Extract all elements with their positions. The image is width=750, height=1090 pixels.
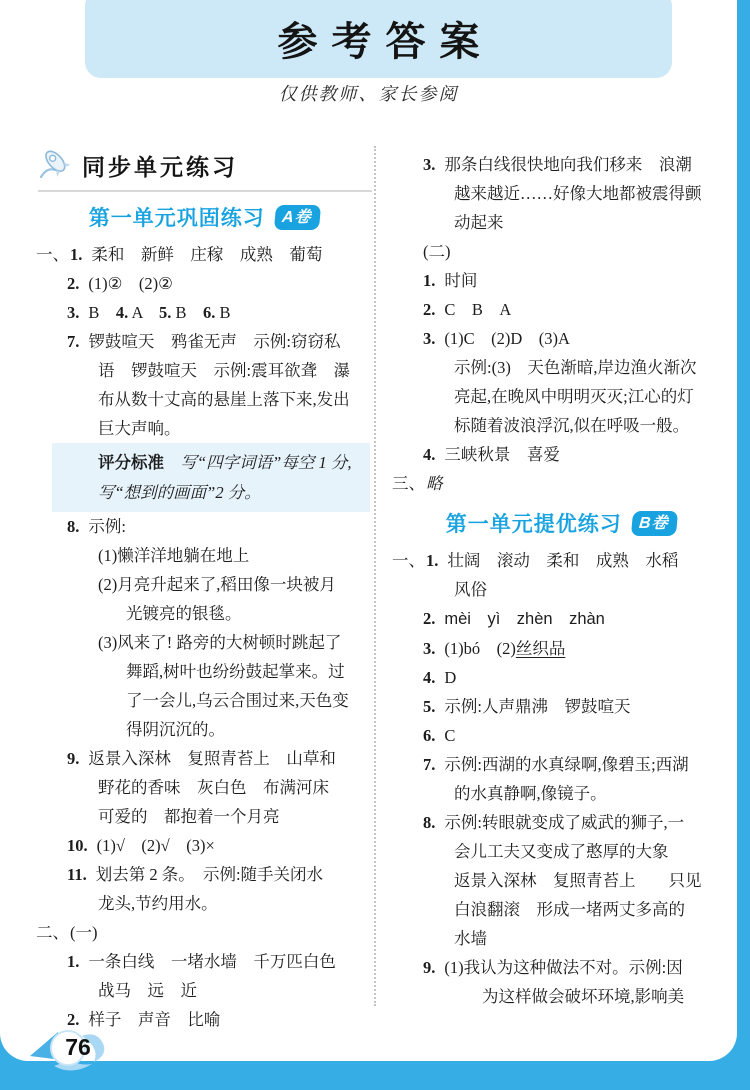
answer-line: 一、1.柔和 新鲜 庄稼 成熟 葡萄 bbox=[36, 240, 372, 269]
item-number: 3. bbox=[423, 155, 435, 174]
right-answer-lines-bottom: 一、1.壮阔 滚动 柔和 成熟 水稻风俗2.mèi yì zhèn zhàn3.… bbox=[392, 546, 730, 1011]
answer-text: mèi yì zhèn zhàn bbox=[444, 610, 604, 628]
answer-text: 锣鼓喧天 鸦雀无声 示例:窃窃私 bbox=[88, 332, 340, 351]
item-label: 三、 bbox=[392, 474, 425, 493]
column-divider bbox=[374, 146, 376, 1006]
answer-text: 野花的香味 灰白色 布满河床 bbox=[98, 778, 329, 797]
answer-line: 越来越近……好像大地都被震得颤 bbox=[392, 179, 730, 208]
answer-text: 壮阔 滚动 柔和 成熟 水稻 bbox=[447, 551, 678, 570]
answer-line: 了一会儿,乌云合围过来,天色变 bbox=[36, 686, 372, 715]
item-number: 2. bbox=[67, 274, 79, 293]
item-number: 6. bbox=[423, 726, 435, 745]
item-number: 10. bbox=[67, 836, 88, 855]
answer-line: 亮起,在晚风中明明灭灭;江心的灯 bbox=[392, 382, 730, 411]
answer-text: B bbox=[215, 303, 230, 322]
answer-line: 写“想到的画面”2 分。 bbox=[52, 478, 370, 512]
answer-line: 动起来 bbox=[392, 208, 730, 237]
item-number: 7. bbox=[67, 332, 79, 351]
answer-text: 会儿工夫又变成了憨厚的大象 bbox=[454, 842, 669, 861]
answer-line: 2.(1)② (2)② bbox=[36, 269, 372, 298]
page-title: 参考答案 bbox=[264, 2, 494, 67]
answer-line: 标随着波浪浮沉,似在呼吸一般。 bbox=[392, 411, 730, 440]
answer-text: 时间 bbox=[444, 271, 477, 290]
answer-line: 会儿工夫又变成了憨厚的大象 bbox=[392, 837, 730, 866]
item-number: 3. bbox=[67, 303, 79, 322]
answer-line: 语 锣鼓喧天 示例:震耳欲聋 瀑 bbox=[36, 356, 372, 385]
answer-text: 划去第 2 条。 示例:随手关闭水 bbox=[96, 865, 323, 884]
item-number: 3. bbox=[423, 639, 435, 658]
answer-text: (二) bbox=[423, 242, 451, 261]
answer-line: 1.一条白线 一堵水墙 千万匹白色 bbox=[36, 947, 372, 976]
answer-line: 9.返景入深林 复照青苔上 山草和 bbox=[36, 744, 372, 773]
answer-line: (1)懒洋洋地躺在地上 bbox=[36, 541, 372, 570]
answer-text: 得阴沉沉的。 bbox=[126, 720, 225, 739]
page-panel: 参考答案 仅供教师、家长参阅 同步单元练习 第一单元巩固练习 A卷 bbox=[0, 0, 737, 1061]
answer-text: 一条白线 一堵水墙 千万匹白色 bbox=[88, 952, 336, 971]
answer-key-header: 参考答案 bbox=[85, 0, 672, 78]
page-number-rocket: 76 bbox=[24, 1022, 120, 1078]
answer-text: 了一会儿,乌云合围过来,天色变 bbox=[126, 691, 349, 710]
answer-line: 风俗 bbox=[392, 575, 730, 604]
answer-line: 为这样做会破坏环境,影响美 bbox=[392, 982, 730, 1011]
item-number: 9. bbox=[67, 749, 79, 768]
item-number: 5. bbox=[423, 697, 435, 716]
answer-line: 3.(1)C (2)D (3)A bbox=[392, 324, 730, 353]
answer-text: B bbox=[171, 303, 203, 322]
answer-text: 的水真静啊,像镜子。 bbox=[454, 784, 607, 803]
answer-line: 2.C B A bbox=[392, 295, 730, 324]
item-number: 8. bbox=[67, 517, 79, 536]
answer-text: (1)懒洋洋地躺在地上 bbox=[98, 546, 249, 565]
answer-text: (1)② (2)② bbox=[88, 274, 173, 293]
answer-line: 10.(1)√ (2)√ (3)× bbox=[36, 831, 372, 860]
answer-line: 布从数十丈高的悬崖上落下来,发出 bbox=[36, 385, 372, 414]
answer-text: 风俗 bbox=[454, 580, 487, 599]
answer-text: 略 bbox=[426, 474, 443, 493]
answer-text: 布从数十丈高的悬崖上落下来,发出 bbox=[98, 390, 350, 409]
answer-line: 7.锣鼓喧天 鸦雀无声 示例:窃窃私 bbox=[36, 327, 372, 356]
answer-text: (1)√ (2)√ (3)× bbox=[97, 836, 215, 855]
answer-line: 8.示例: bbox=[36, 512, 372, 541]
answer-text: (一) bbox=[70, 923, 98, 942]
answer-text: (1)C (2)D (3)A bbox=[444, 329, 570, 348]
answer-text: 语 锣鼓喧天 示例:震耳欲聋 瀑 bbox=[98, 361, 350, 380]
item-number: 1. bbox=[67, 952, 79, 971]
answer-text: 可爱的 都抱着一个月亮 bbox=[98, 807, 280, 826]
answer-line: 巨大声响。 bbox=[36, 414, 372, 443]
answer-line: 二、(一) bbox=[36, 918, 372, 947]
answer-text: 5. bbox=[159, 303, 171, 322]
answer-text: 光镀亮的银毯。 bbox=[126, 604, 242, 623]
answer-line: 一、1.壮阔 滚动 柔和 成熟 水稻 bbox=[392, 546, 730, 575]
answer-line: 得阴沉沉的。 bbox=[36, 715, 372, 744]
item-number: 2. bbox=[423, 609, 435, 628]
answer-text: 写“四字词语”每空 1 分, bbox=[164, 453, 351, 472]
item-number: 2. bbox=[423, 300, 435, 319]
left-column: 同步单元练习 第一单元巩固练习 A卷 一、1.柔和 新鲜 庄稼 成熟 葡萄2.(… bbox=[36, 146, 372, 1034]
answer-text: 示例:转眼就变成了威武的狮子,一 bbox=[444, 813, 684, 832]
answer-text: 战马 远 近 bbox=[98, 981, 197, 1000]
exercise-b-badge: B卷 bbox=[631, 511, 678, 536]
item-number: 11. bbox=[67, 865, 87, 884]
item-number: 7. bbox=[423, 755, 435, 774]
answer-text: 动起来 bbox=[454, 213, 504, 232]
answer-text: 返景入深林 复照青苔上 山草和 bbox=[88, 749, 336, 768]
answer-text: 越来越近……好像大地都被震得颤 bbox=[454, 184, 702, 203]
answer-line: 白浪翻滚 形成一堵两丈多高的 bbox=[392, 895, 730, 924]
exercise-a-badge: A卷 bbox=[274, 205, 321, 230]
answer-text: 写“想到的画面”2 分。 bbox=[98, 483, 261, 502]
answer-text: 返景入深林 复照青苔上 只见 bbox=[454, 871, 702, 890]
answer-line: 3.B 4. A 5. B 6. B bbox=[36, 298, 372, 327]
item-number: 3. bbox=[423, 329, 435, 348]
answer-text: 龙头,节约用水。 bbox=[98, 894, 218, 913]
answer-line: 舞蹈,树叶也纷纷鼓起掌来。过 bbox=[36, 657, 372, 686]
answer-text: 示例:人声鼎沸 锣鼓喧天 bbox=[444, 697, 630, 716]
item-label: 一、 bbox=[392, 551, 425, 570]
answer-line: 2.mèi yì zhèn zhàn bbox=[392, 604, 730, 634]
answer-text: 6. bbox=[203, 303, 215, 322]
answer-line: (3)风来了! 路旁的大树顿时跳起了 bbox=[36, 628, 372, 657]
exercise-b-title: 第一单元提优练习 bbox=[446, 508, 622, 538]
exercise-b-header: 第一单元提优练习 B卷 bbox=[392, 507, 730, 539]
right-column: 3.那条白线很快地向我们移来 浪潮越来越近……好像大地都被震得颤动起来(二)1.… bbox=[392, 150, 730, 1011]
item-number: 4. bbox=[423, 445, 435, 464]
answer-line: 1.时间 bbox=[392, 266, 730, 295]
answer-line: 4.三峡秋景 喜爱 bbox=[392, 440, 730, 469]
answer-line: 3.(1)bó (2)丝织品 bbox=[392, 634, 730, 663]
answer-text: 示例:西湖的水真绿啊,像碧玉;西湖 bbox=[444, 755, 688, 774]
answer-text: A bbox=[128, 303, 159, 322]
answer-line: 7.示例:西湖的水真绿啊,像碧玉;西湖 bbox=[392, 750, 730, 779]
right-answer-lines-top: 3.那条白线很快地向我们移来 浪潮越来越近……好像大地都被震得颤动起来(二)1.… bbox=[392, 150, 730, 498]
answer-line: 龙头,节约用水。 bbox=[36, 889, 372, 918]
answer-text: 示例:(3) 天色渐暗,岸边渔火渐次 bbox=[454, 358, 696, 377]
answer-text: (1)bó (2) bbox=[444, 639, 515, 658]
answer-line: 4.D bbox=[392, 663, 730, 692]
answer-text: D bbox=[444, 668, 456, 687]
answer-line: 示例:(3) 天色渐暗,岸边渔火渐次 bbox=[392, 353, 730, 382]
answer-line: 返景入深林 复照青苔上 只见 bbox=[392, 866, 730, 895]
answer-line: 6.C bbox=[392, 721, 730, 750]
answer-line: 战马 远 近 bbox=[36, 976, 372, 1005]
answer-text: 柔和 新鲜 庄稼 成熟 葡萄 bbox=[91, 245, 322, 264]
answer-text: B bbox=[88, 303, 116, 322]
exercise-a-header: 第一单元巩固练习 A卷 bbox=[36, 201, 372, 233]
answer-text: 示例: bbox=[88, 517, 126, 536]
answer-line: 评分标准 写“四字词语”每空 1 分, bbox=[52, 443, 370, 478]
answer-text: 4. bbox=[116, 303, 128, 322]
item-label: 二、 bbox=[36, 923, 69, 942]
answer-text: (3)风来了! 路旁的大树顿时跳起了 bbox=[98, 633, 341, 652]
answer-text: 亮起,在晚风中明明灭灭;江心的灯 bbox=[454, 387, 694, 406]
left-answer-lines: 一、1.柔和 新鲜 庄稼 成熟 葡萄2.(1)② (2)②3.B 4. A 5.… bbox=[36, 240, 372, 1034]
answer-text: 三峡秋景 喜爱 bbox=[444, 445, 560, 464]
answer-line: 可爱的 都抱着一个月亮 bbox=[36, 802, 372, 831]
answer-text: 丝织品 bbox=[516, 639, 566, 658]
item-number: 4. bbox=[423, 668, 435, 687]
answer-text: 水墙 bbox=[454, 929, 487, 948]
answer-line: 光镀亮的银毯。 bbox=[36, 599, 372, 628]
exercise-a-title: 第一单元巩固练习 bbox=[89, 202, 265, 232]
answer-text: 舞蹈,树叶也纷纷鼓起掌来。过 bbox=[126, 662, 345, 681]
answer-line: 11.划去第 2 条。 示例:随手关闭水 bbox=[36, 860, 372, 889]
answer-text: 标随着波浪浮沉,似在呼吸一般。 bbox=[454, 416, 689, 435]
item-number: 1. bbox=[426, 551, 438, 570]
answer-line: 的水真静啊,像镜子。 bbox=[392, 779, 730, 808]
answer-line: 8.示例:转眼就变成了威武的狮子,一 bbox=[392, 808, 730, 837]
answer-text: 白浪翻滚 形成一堵两丈多高的 bbox=[454, 900, 685, 919]
section-header: 同步单元练习 bbox=[38, 146, 372, 192]
answer-line: 三、略 bbox=[392, 469, 730, 498]
item-number: 1. bbox=[70, 245, 82, 264]
page-subtitle: 仅供教师、家长参阅 bbox=[0, 80, 737, 106]
page-number: 76 bbox=[58, 1034, 98, 1061]
answer-text: (2)月亮升起来了,稻田像一块被月 bbox=[98, 575, 336, 594]
item-number: 9. bbox=[423, 958, 435, 977]
answer-line: 3.那条白线很快地向我们移来 浪潮 bbox=[392, 150, 730, 179]
item-label: 一、 bbox=[36, 245, 69, 264]
answer-line: 野花的香味 灰白色 布满河床 bbox=[36, 773, 372, 802]
answer-line: 5.示例:人声鼎沸 锣鼓喧天 bbox=[392, 692, 730, 721]
answer-text: 评分标准 bbox=[98, 454, 164, 472]
answer-text: C bbox=[444, 726, 455, 745]
section-title: 同步单元练习 bbox=[82, 149, 238, 182]
answer-line: (2)月亮升起来了,稻田像一块被月 bbox=[36, 570, 372, 599]
answer-text: 为这样做会破坏环境,影响美 bbox=[482, 987, 684, 1006]
answer-text: 那条白线很快地向我们移来 浪潮 bbox=[444, 155, 692, 174]
answer-text: C B A bbox=[444, 300, 511, 319]
answer-line: 9.(1)我认为这种做法不对。示例:因 bbox=[392, 953, 730, 982]
item-number: 8. bbox=[423, 813, 435, 832]
answer-text: 巨大声响。 bbox=[98, 419, 181, 438]
answer-text: (1)我认为这种做法不对。示例:因 bbox=[444, 958, 682, 977]
rocket-icon bbox=[38, 146, 74, 185]
item-number: 1. bbox=[423, 271, 435, 290]
answer-line: (二) bbox=[392, 237, 730, 266]
answer-line: 水墙 bbox=[392, 924, 730, 953]
